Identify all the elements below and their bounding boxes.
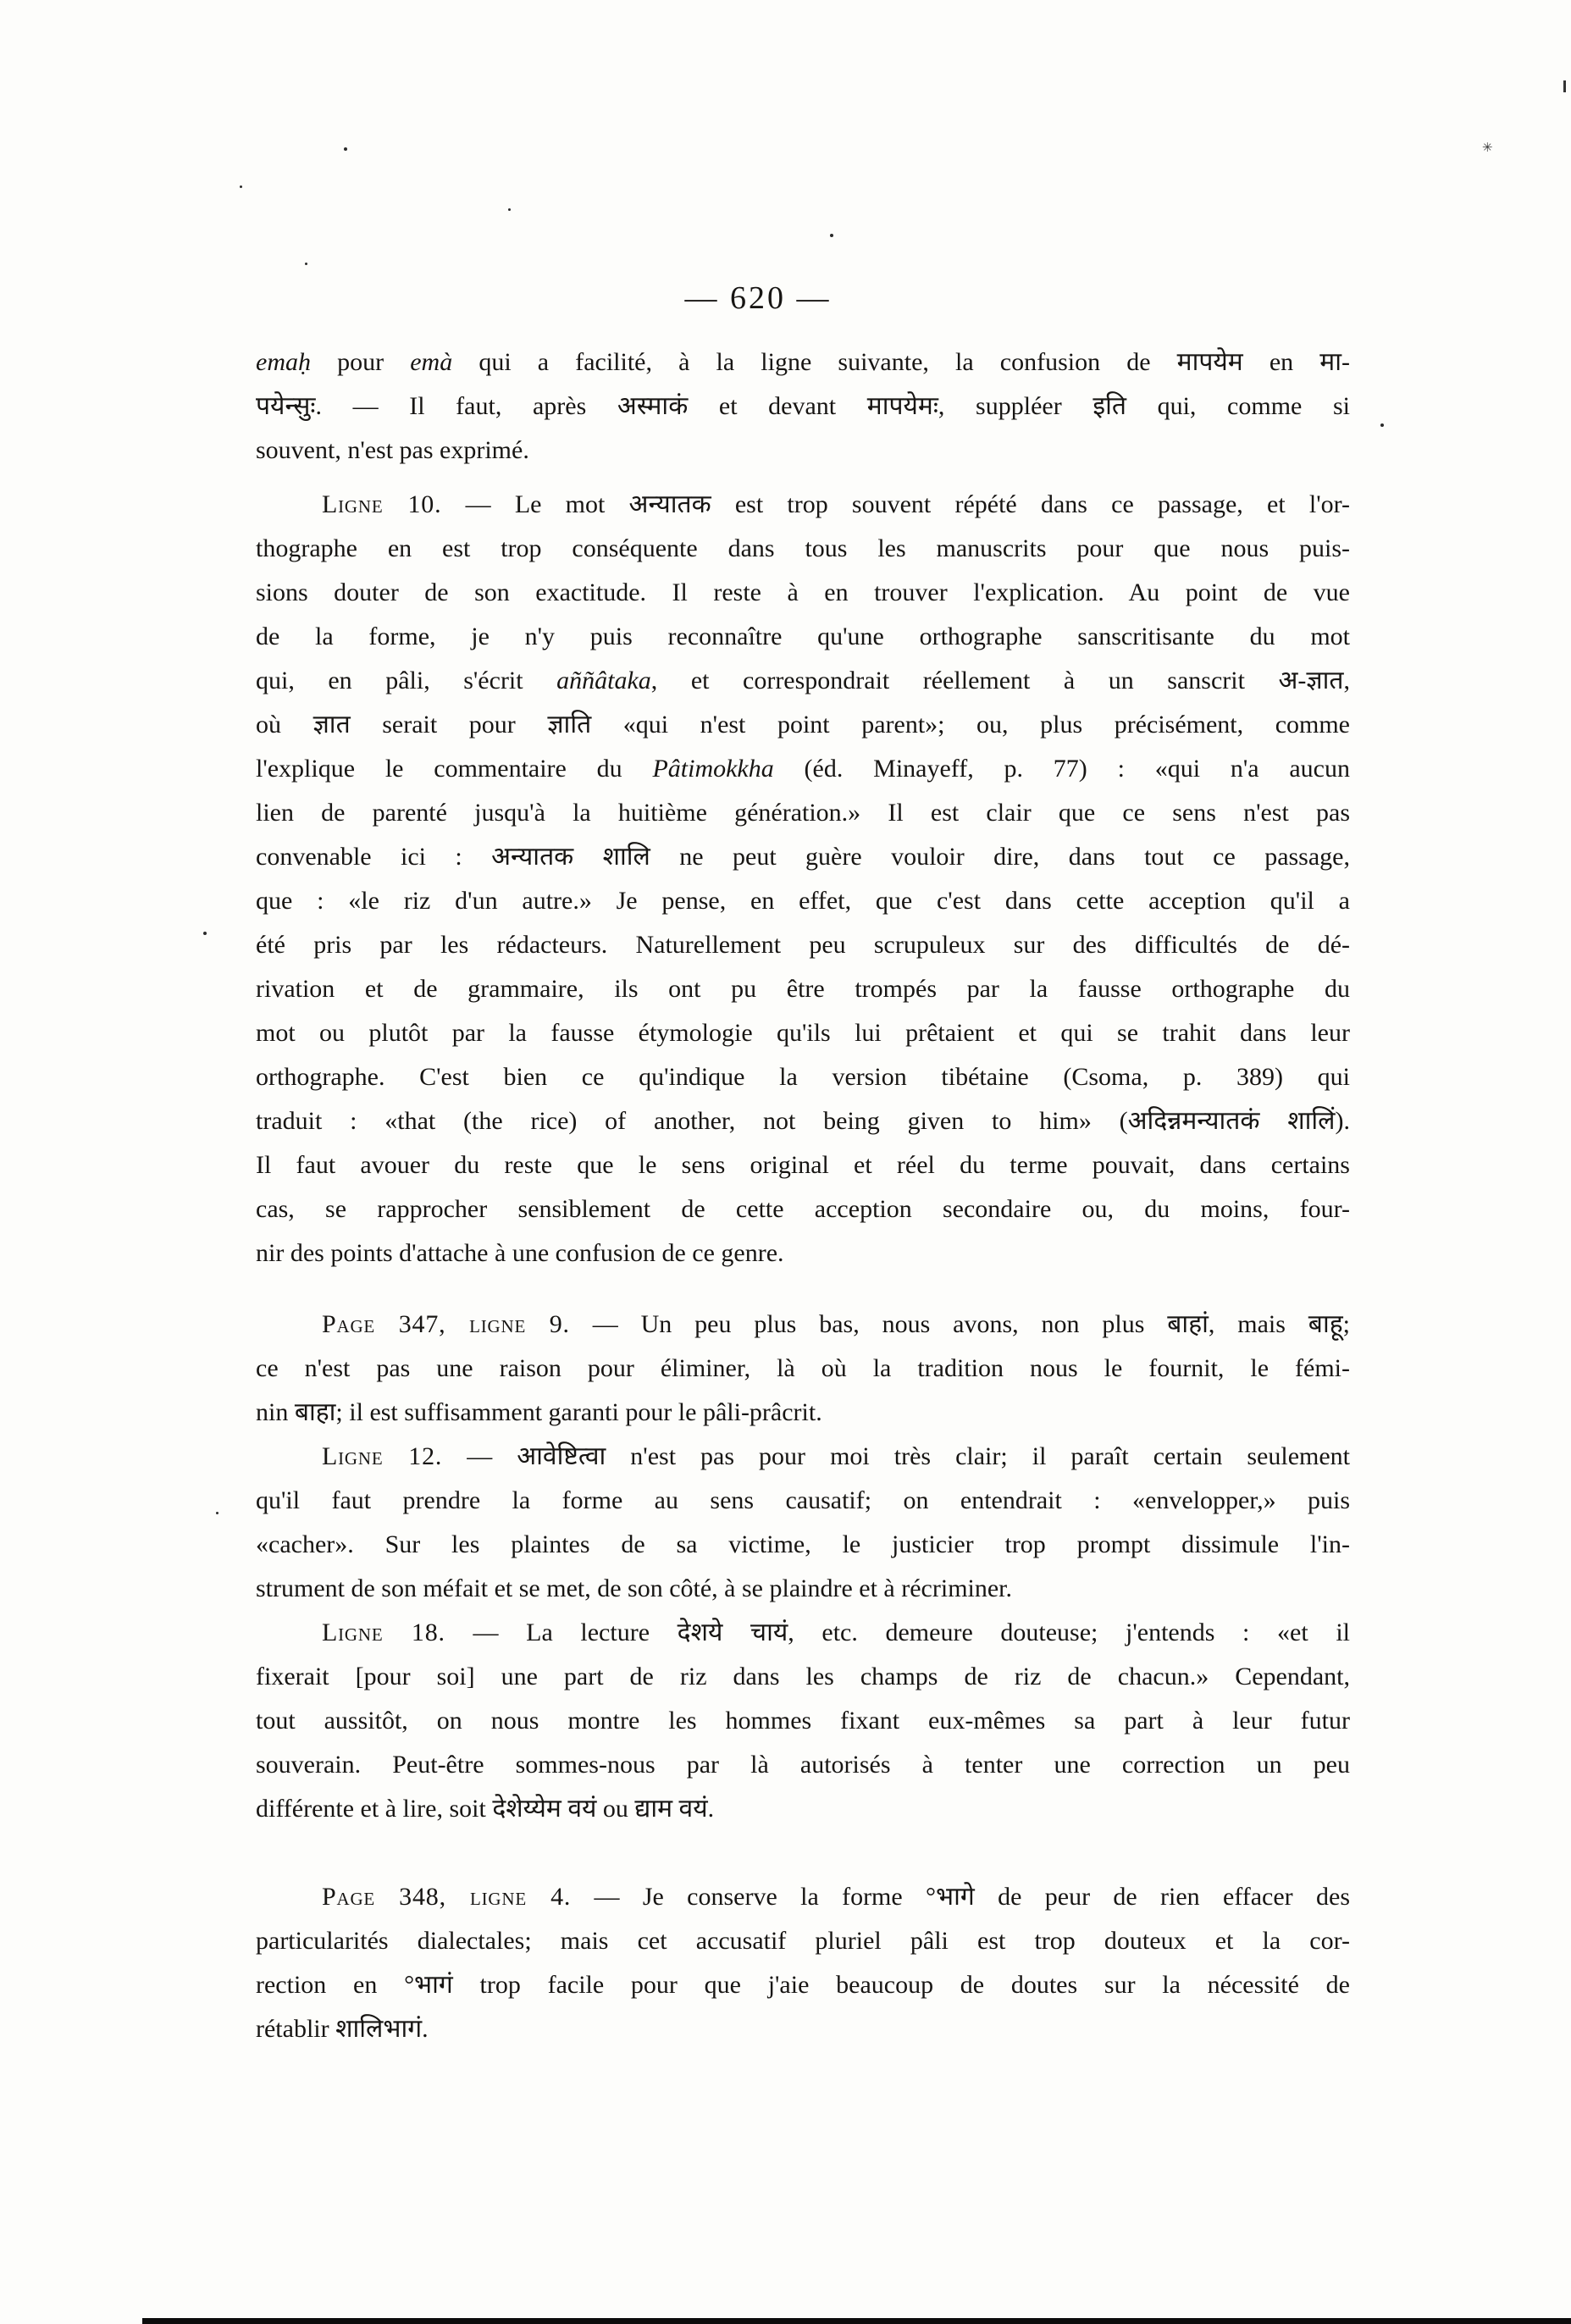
text-line: पयेन्सुः. — Il faut, après अस्माकं et de… xyxy=(256,385,1350,429)
scan-speck xyxy=(203,932,207,935)
text-block: emaḥ pour emà qui a facilité, à la ligne… xyxy=(256,340,1350,2051)
scan-speck xyxy=(830,234,833,237)
ligne-18-note: Ligne 18. — La lecture देशये चायं, etc. … xyxy=(256,1611,1350,1831)
scan-star-mark: ✳ xyxy=(1482,140,1493,156)
text-line: de la forme, je n'y puis reconnaître qu'… xyxy=(256,615,1350,659)
text-line: rétablir शालिभागं. xyxy=(256,2007,1350,2051)
text-line: Page 347, ligne 9. — Un peu plus bas, no… xyxy=(256,1303,1350,1347)
page-348-ligne-4-note: Page 348, ligne 4. — Je conserve la form… xyxy=(256,1875,1350,2051)
text-line: lien de parenté jusqu'à la huitième géné… xyxy=(256,791,1350,835)
text-line: mot ou plutôt par la fausse étymologie q… xyxy=(256,1011,1350,1055)
scan-tick-mark xyxy=(1563,80,1566,92)
text-line: Ligne 18. — La lecture देशये चायं, etc. … xyxy=(256,1611,1350,1655)
scanned-book-page: — 620 — emaḥ pour emà qui a facilité, à … xyxy=(0,0,1571,2324)
text-line: traduit : «that (the rice) of another, n… xyxy=(256,1099,1350,1143)
scan-edge-shadow xyxy=(142,2318,1571,2324)
scan-speck xyxy=(216,1512,219,1514)
text-line: rivation et de grammaire, ils ont pu êtr… xyxy=(256,967,1350,1011)
text-line: «cacher». Sur les plaintes de sa victime… xyxy=(256,1523,1350,1567)
scan-speck xyxy=(305,263,307,265)
text-line: Ligne 12. — आवेष्टित्वा n'est pas pour m… xyxy=(256,1435,1350,1479)
text-line: rection en °भागं trop facile pour que j'… xyxy=(256,1963,1350,2007)
scan-speck xyxy=(240,185,242,188)
text-line: souverain. Peut-être sommes-nous par là … xyxy=(256,1743,1350,1787)
continuation-paragraph: emaḥ pour emà qui a facilité, à la ligne… xyxy=(256,340,1350,473)
text-line: fixerait [pour soi] une part de riz dans… xyxy=(256,1655,1350,1699)
text-line: différente et à lire, soit देशेय्येम वयं… xyxy=(256,1787,1350,1831)
text-line: nin बाहा; il est suffisamment garanti po… xyxy=(256,1391,1350,1435)
text-line: qui, en pâli, s'écrit aññâtaka, et corre… xyxy=(256,659,1350,703)
ligne-10-note: Ligne 10. — Le mot अन्यातक est trop souv… xyxy=(256,483,1350,1275)
text-line: convenable ici : अन्यातक शालि ne peut gu… xyxy=(256,835,1350,879)
text-line: que : «le riz d'un autre.» Je pense, en … xyxy=(256,879,1350,923)
text-line: particularités dialectales; mais cet acc… xyxy=(256,1919,1350,1963)
text-line: été pris par les rédacteurs. Naturelleme… xyxy=(256,923,1350,967)
text-line: Il faut avouer du reste que le sens orig… xyxy=(256,1143,1350,1187)
text-line: souvent, n'est pas exprimé. xyxy=(256,429,1350,473)
text-line: Page 348, ligne 4. — Je conserve la form… xyxy=(256,1875,1350,1919)
scan-speck xyxy=(344,147,347,151)
text-line: ce n'est pas une raison pour éliminer, l… xyxy=(256,1347,1350,1391)
scan-speck xyxy=(508,208,511,211)
text-line: nir des points d'attache à une confusion… xyxy=(256,1231,1350,1275)
text-line: sions douter de son exactitude. Il reste… xyxy=(256,571,1350,615)
ligne-12-note: Ligne 12. — आवेष्टित्वा n'est pas pour m… xyxy=(256,1435,1350,1611)
text-line: Ligne 10. — Le mot अन्यातक est trop souv… xyxy=(256,483,1350,527)
text-line: orthographe. C'est bien ce qu'indique la… xyxy=(256,1055,1350,1099)
text-line: thographe en est trop conséquente dans t… xyxy=(256,527,1350,571)
text-line: emaḥ pour emà qui a facilité, à la ligne… xyxy=(256,340,1350,385)
page-347-ligne-9-note: Page 347, ligne 9. — Un peu plus bas, no… xyxy=(256,1303,1350,1435)
text-line: cas, se rapprocher sensiblement de cette… xyxy=(256,1187,1350,1231)
scan-speck xyxy=(1380,423,1384,427)
text-line: où ज्ञात serait pour ज्ञाति «qui n'est p… xyxy=(256,703,1350,747)
text-line: tout aussitôt, on nous montre les hommes… xyxy=(256,1699,1350,1743)
text-line: strument de son méfait et se met, de son… xyxy=(256,1567,1350,1611)
text-line: qu'il faut prendre la forme au sens caus… xyxy=(256,1479,1350,1523)
page-number: — 620 — xyxy=(212,279,1304,317)
text-line: l'explique le commentaire du Pâtimokkha … xyxy=(256,747,1350,791)
